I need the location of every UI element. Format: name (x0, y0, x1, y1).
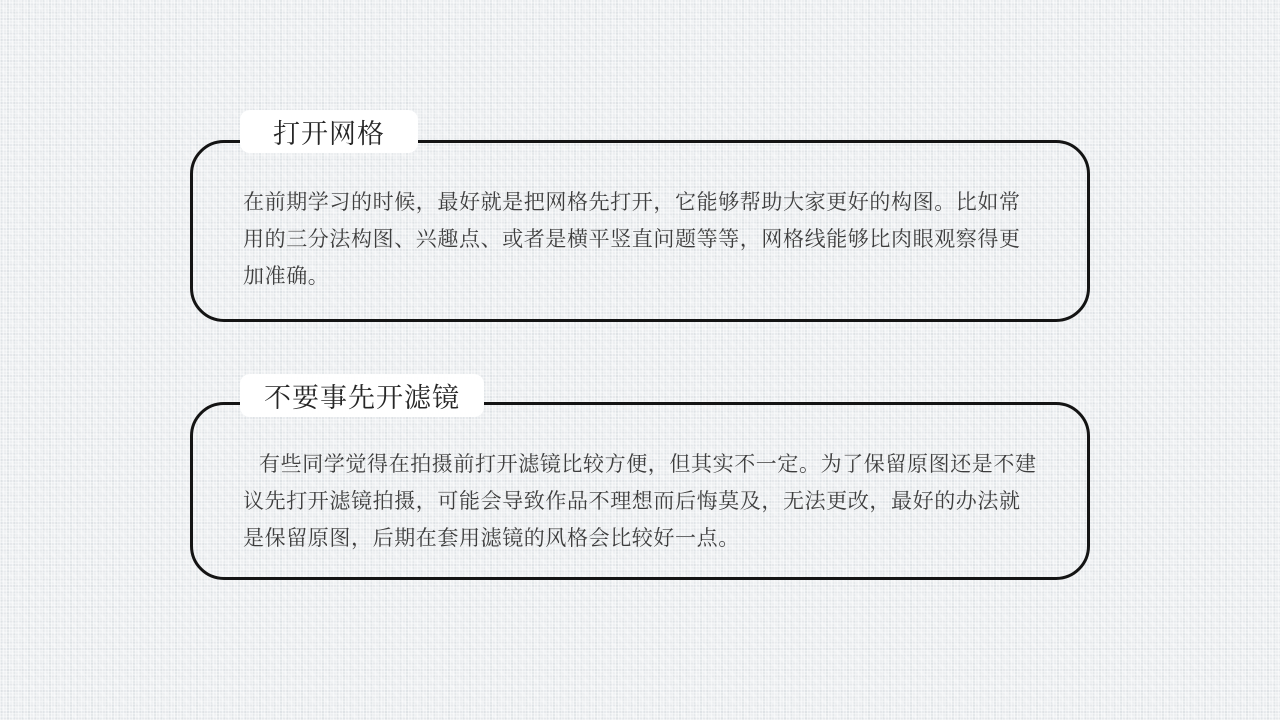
card-no-prefilter-title: 不要事先开滤镜 (264, 376, 460, 415)
body-text-line: 用的三分法构图、兴趣点、或者是横平竖直问题等等，网格线能够比肉眼观察得更 (243, 221, 1021, 258)
card-open-grid-title-tab: 打开网格 (240, 110, 418, 153)
card-open-grid-title: 打开网格 (273, 112, 385, 151)
body-text-line: 是保留原图，后期在套用滤镜的风格会比较好一点。 (243, 520, 1037, 557)
card-no-prefilter-body: 有些同学觉得在拍摄前打开滤镜比较方便，但其实不一定。为了保留原图还是不建 议先打… (243, 446, 1037, 557)
body-text-line: 在前期学习的时候，最好就是把网格先打开，它能够帮助大家更好的构图。比如常 (243, 184, 1021, 221)
body-text-line: 加准确。 (243, 258, 1021, 295)
body-text-line: 有些同学觉得在拍摄前打开滤镜比较方便，但其实不一定。为了保留原图还是不建 (243, 446, 1037, 483)
slide-background: 打开网格 在前期学习的时候，最好就是把网格先打开，它能够帮助大家更好的构图。比如… (0, 0, 1280, 720)
card-no-prefilter-title-tab: 不要事先开滤镜 (240, 374, 484, 417)
body-text-line: 议先打开滤镜拍摄，可能会导致作品不理想而后悔莫及，无法更改，最好的办法就 (243, 483, 1037, 520)
card-open-grid-body: 在前期学习的时候，最好就是把网格先打开，它能够帮助大家更好的构图。比如常 用的三… (243, 184, 1021, 295)
